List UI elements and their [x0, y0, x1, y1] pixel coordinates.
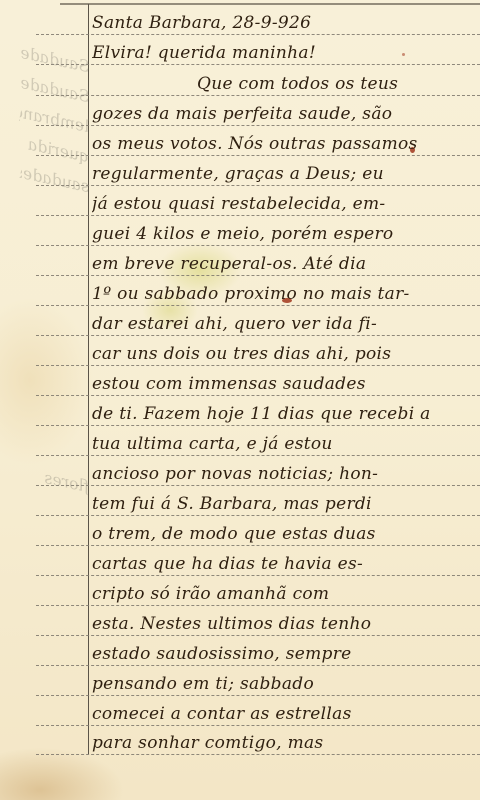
- letter-line: estou com immensas saudades: [92, 374, 480, 394]
- letter-line: comecei a contar as estrellas: [92, 704, 480, 724]
- ruled-line: [36, 485, 480, 486]
- ruled-line: [36, 725, 480, 726]
- ruled-line: [36, 155, 480, 156]
- ruled-line: [36, 64, 480, 65]
- page-top-edge: [60, 3, 480, 5]
- ruled-line: [36, 425, 480, 426]
- letter-line: ancioso por novas noticias; hon-: [92, 464, 480, 484]
- bleed-through: Saudades: [19, 73, 91, 106]
- ruled-line: [36, 605, 480, 606]
- letter-line: tua ultima carta, e já estou: [92, 434, 480, 454]
- ruled-line: [36, 215, 480, 216]
- ruled-line: [36, 665, 480, 666]
- letter-line: os meus votos. Nós outras passamos: [92, 134, 480, 154]
- letter-line: cripto só irão amanhã com: [92, 584, 480, 604]
- ruled-line: [36, 515, 480, 516]
- letter-line: car uns dois ou tres dias ahi, pois: [92, 344, 480, 364]
- letter-line: Que com todos os teus: [92, 74, 480, 94]
- ruled-line: [36, 95, 480, 96]
- ruled-line: [36, 365, 480, 366]
- letter-line: dar estarei ahi, quero ver ida fi-: [92, 314, 480, 334]
- ruled-line: [36, 185, 480, 186]
- ruled-line: [36, 575, 480, 576]
- ruled-line: [36, 545, 480, 546]
- letter-line-place-date: Santa Barbara, 28-9-926: [92, 13, 480, 33]
- letter-line: guei 4 kilos e meio, porém espero: [92, 224, 480, 244]
- ruled-line: [36, 245, 480, 246]
- letter-line: esta. Nestes ultimos dias tenho: [92, 614, 480, 634]
- letter-line: pensando em ti; sabbado: [92, 674, 480, 694]
- letter-line: 1º ou sabbado proximo no mais tar-: [92, 284, 480, 304]
- bleed-through: querida: [19, 133, 91, 166]
- ruled-line: [36, 275, 480, 276]
- letter-line: regularmente, graças a Deus; eu: [92, 164, 480, 184]
- letter-line: de ti. Fazem hoje 11 dias que recebi a: [92, 404, 480, 424]
- letter-line-salutation: Elvira! querida maninha!: [92, 43, 480, 63]
- letter-line: já estou quasi restabelecida, em-: [92, 194, 480, 214]
- ruled-line: [36, 754, 480, 755]
- letter-page: Saudades Saudades lembranças querida sau…: [0, 0, 480, 800]
- ruled-line: [36, 305, 480, 306]
- ruled-line: [36, 335, 480, 336]
- bleed-through: saudades: [19, 163, 91, 196]
- letter-line: estado saudosissimo, sempre: [92, 644, 480, 664]
- ruled-line: [36, 455, 480, 456]
- letter-line: gozes da mais perfeita saude, são: [92, 104, 480, 124]
- letter-line: para sonhar comtigo, mas: [92, 733, 480, 753]
- bleed-through: Saudades: [19, 43, 91, 76]
- bleed-through: flores: [19, 463, 91, 496]
- letter-line: cartas que ha dias te havia es-: [92, 554, 480, 574]
- letter-line: em breve recuperal-os. Até dia: [92, 254, 480, 274]
- letter-line: o trem, de modo que estas duas: [92, 524, 480, 544]
- ruled-line: [36, 125, 480, 126]
- bleed-through: lembranças: [19, 103, 91, 136]
- ruled-line: [36, 695, 480, 696]
- ruled-line: [36, 34, 480, 35]
- letter-line: tem fui á S. Barbara, mas perdi: [92, 494, 480, 514]
- ruled-line: [36, 395, 480, 396]
- ruled-line: [36, 635, 480, 636]
